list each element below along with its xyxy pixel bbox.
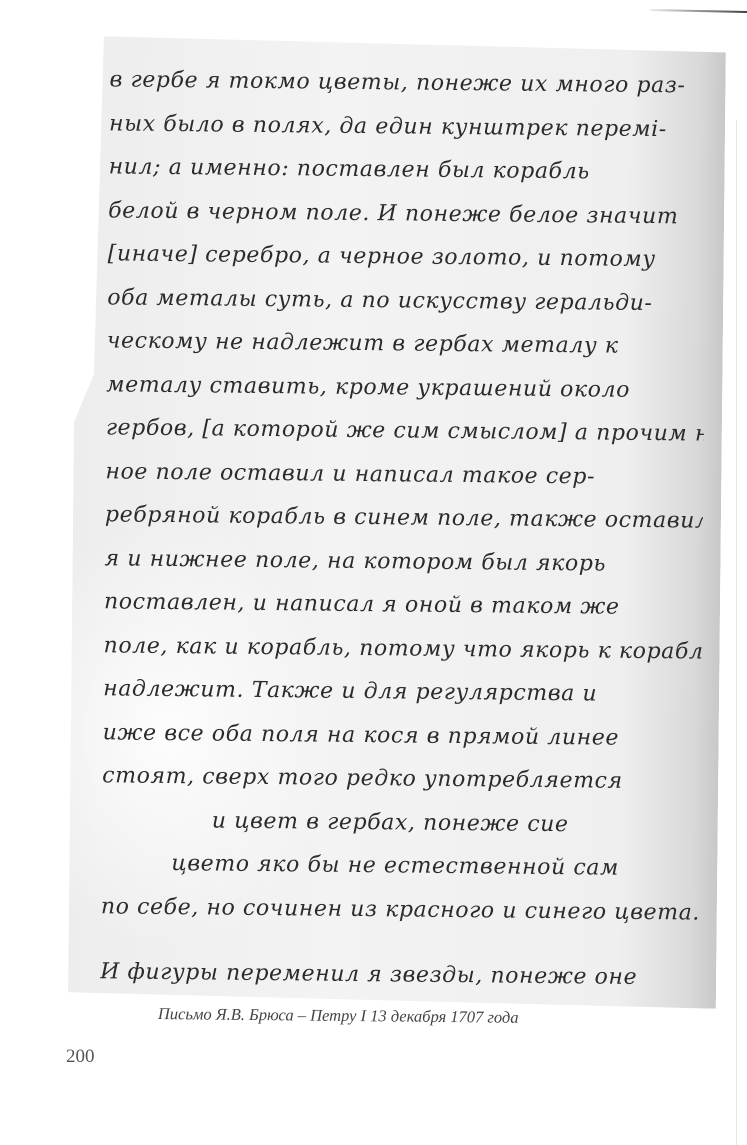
manuscript-line: гербов, [а которой же сим смыслом] а про… bbox=[106, 406, 704, 456]
page-number: 200 bbox=[66, 1046, 95, 1068]
manuscript-line: ческому не надлежит в гербах металу к bbox=[107, 319, 705, 369]
manuscript-line: цвето яко бы не естественной сам bbox=[101, 841, 699, 891]
manuscript-line: я и нижнее поле, на котором был якорь bbox=[104, 537, 702, 587]
manuscript-line: ребряной корабль в синем поле, также ост… bbox=[105, 493, 703, 543]
manuscript-line: нил; а именно: поставлен был корабль bbox=[108, 145, 706, 195]
manuscript-line: и цвет в гербах, понеже сие bbox=[102, 798, 700, 848]
manuscript-line: по себе, но сочинен из красного и синего… bbox=[101, 885, 699, 935]
manuscript-line: металу ставить, кроме украшений около bbox=[106, 363, 704, 413]
manuscript-line: надлежит. Также и для регулярства и bbox=[103, 667, 701, 717]
manuscript-line: оба металы суть, а по искусству геральди… bbox=[107, 276, 705, 326]
manuscript-line: поле, как и корабль, потому что якорь к … bbox=[103, 624, 701, 674]
manuscript-line: [иначе] серебро, а черное золото, и пото… bbox=[107, 232, 705, 282]
figure-caption: Письмо Я.В. Брюса – Петру I 13 декабря 1… bbox=[158, 1004, 608, 1029]
manuscript-text: в гербе я токмо цветы, понеже их много р… bbox=[100, 58, 708, 1043]
manuscript-line: стоят, сверх того редко употребляется bbox=[102, 754, 700, 804]
manuscript-line: ных было в полях, да един кунштрек перем… bbox=[109, 102, 707, 152]
page-edge-line bbox=[736, 120, 737, 1145]
manuscript-image: в гербе я токмо цветы, понеже их много р… bbox=[68, 36, 726, 1009]
manuscript-line: белой в черном поле. И понеже белое знач… bbox=[108, 189, 706, 239]
top-edge-rule bbox=[650, 9, 747, 13]
manuscript-line: ное поле оставил и написал такое сер- bbox=[105, 450, 703, 500]
manuscript-line: иже все оба поля на кося в прямой линее bbox=[102, 711, 700, 761]
manuscript-line: И фигуры переменил я звезды, понеже оне bbox=[100, 950, 698, 1000]
manuscript-line: в гербе я токмо цветы, понеже их много р… bbox=[109, 58, 707, 108]
manuscript-line: поставлен, и написал я оной в таком же bbox=[104, 580, 702, 630]
